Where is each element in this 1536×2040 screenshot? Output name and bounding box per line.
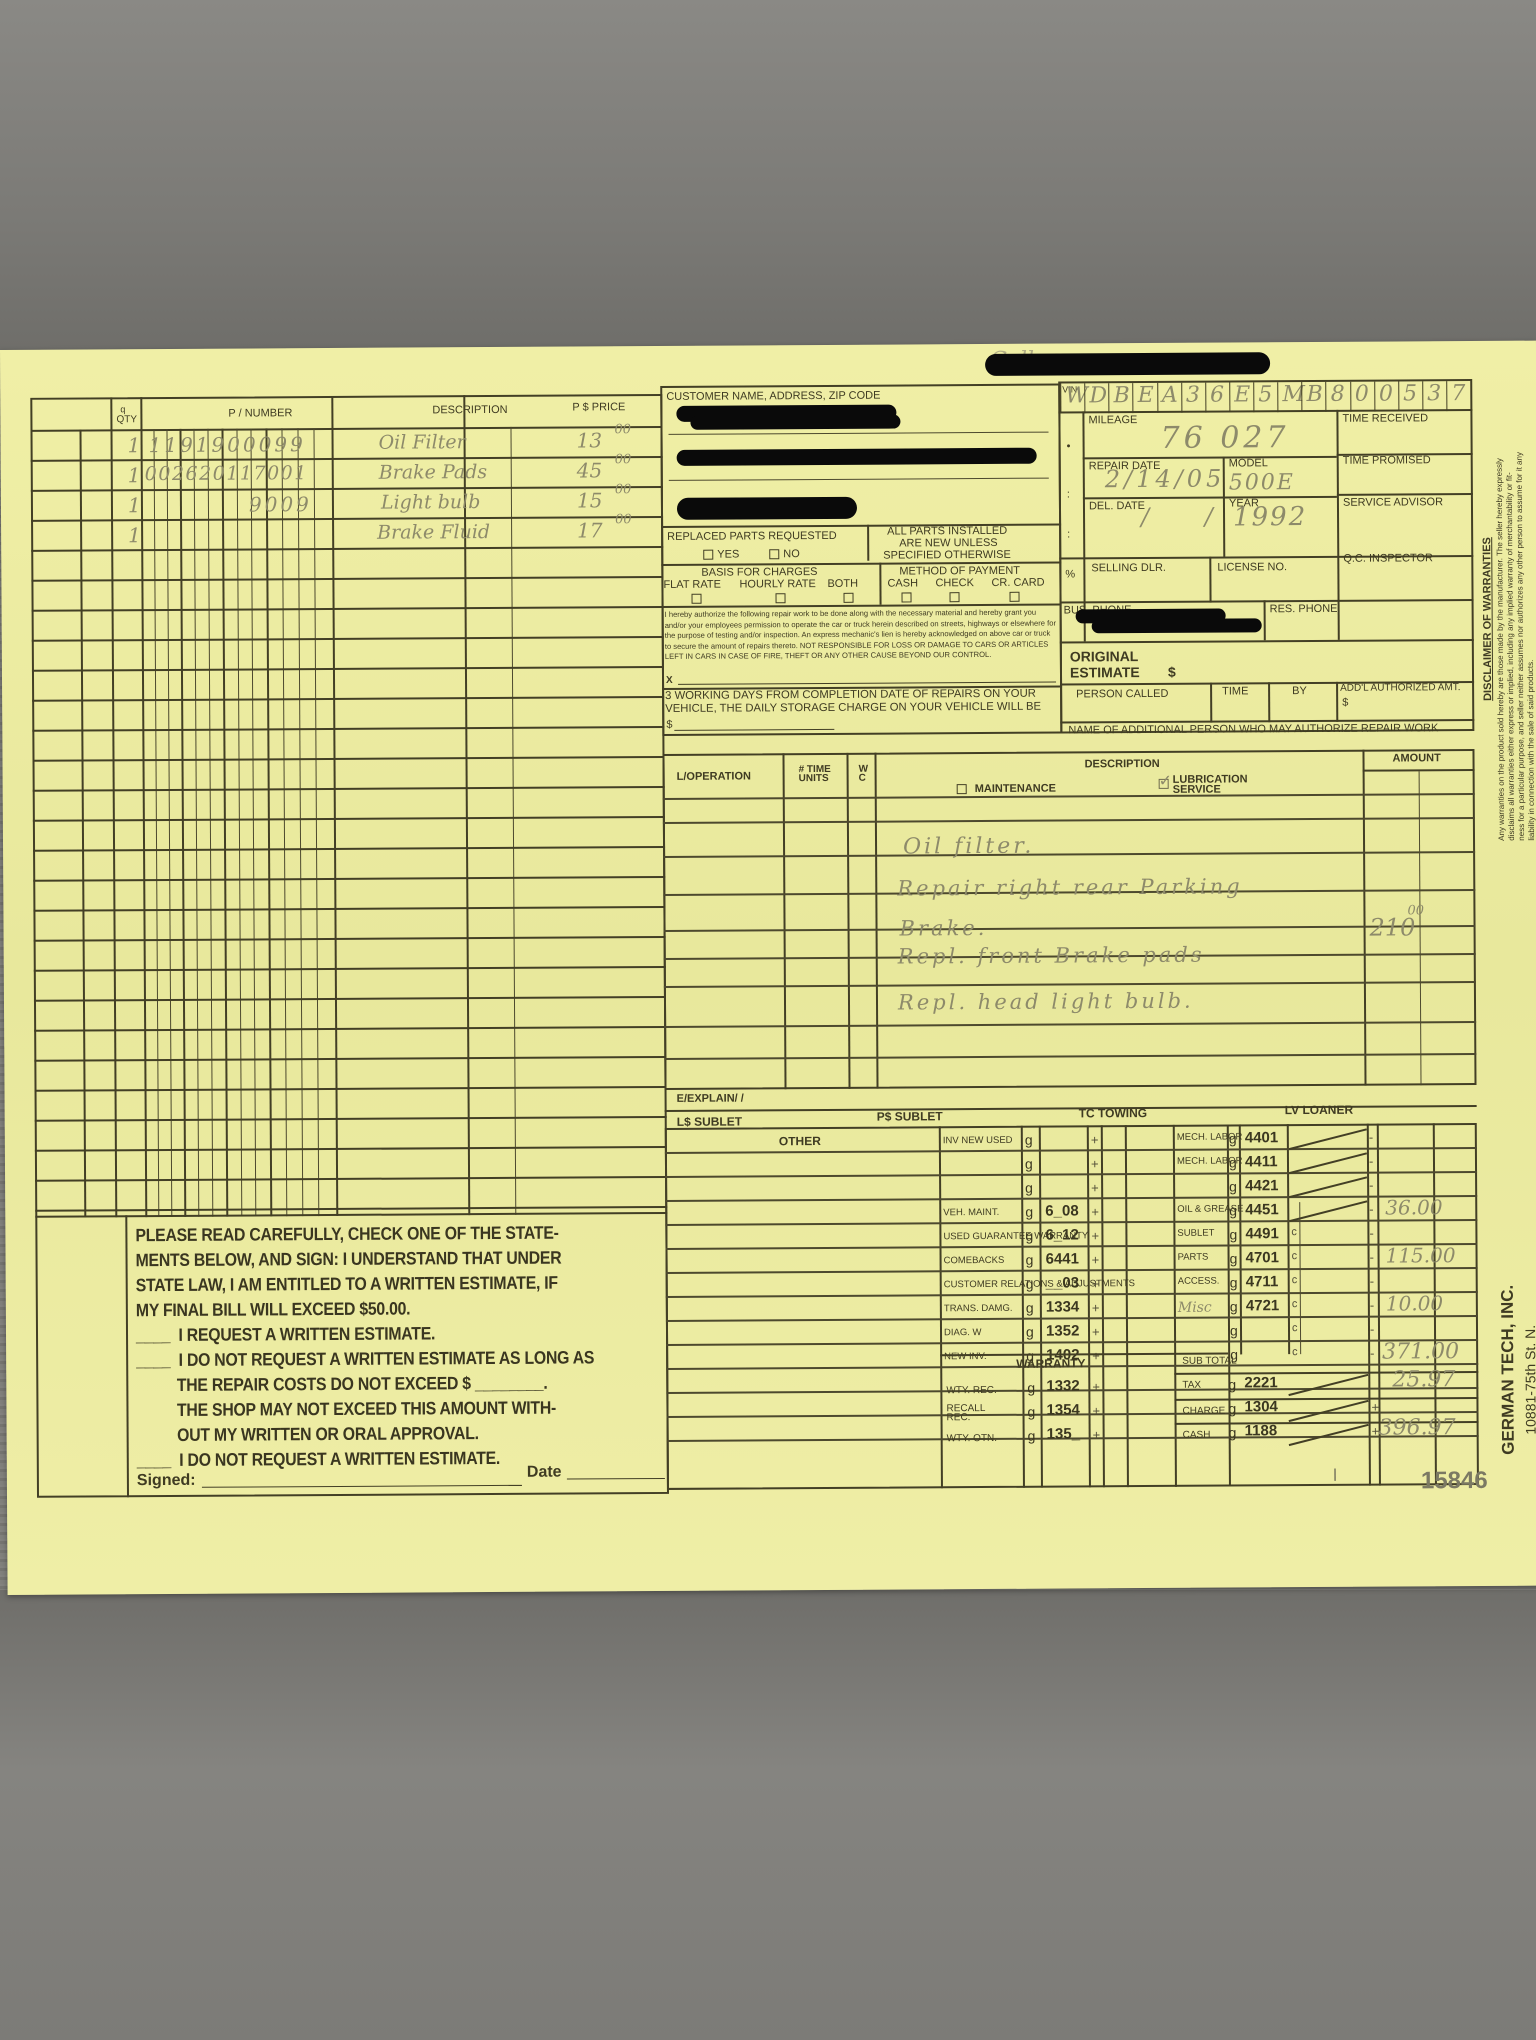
labor-line: Repl. front Brake pads (898, 943, 1205, 969)
vin-cell[interactable]: 3 (1181, 383, 1205, 413)
maintenance-label: MAINTENANCE (975, 784, 1056, 796)
lubrication-check-mark: ✓ (1159, 771, 1173, 791)
del-date-label: DEL. DATE (1089, 501, 1145, 513)
written-estimate-section: PLEASE READ CAREFULLY, CHECK ONE OF THE … (135, 1220, 603, 1473)
price-header: P $ PRICE (572, 402, 625, 414)
g-mark: g (1228, 1400, 1236, 1416)
person-called-label: PERSON CALLED (1076, 689, 1168, 701)
plus-mark: + (1091, 1132, 1099, 1147)
disclaimer-title: DISCLAIMER OF WARRANTIES (1481, 537, 1494, 701)
selling-dealer-label: SELLING DLR. (1091, 563, 1166, 575)
authorization-text: I hereby authorize the following repair … (665, 608, 1058, 663)
option-2-text: I DO NOT REQUEST A WRITTEN ESTIMATE AS L… (179, 1347, 595, 1370)
code-label: INV NEW USED (943, 1136, 1013, 1146)
authorization-sign-x: X (666, 676, 673, 687)
code-label: COMEBACKS (944, 1256, 1005, 1266)
subtotal-value: 371.00 (1382, 1339, 1459, 1364)
vin-char: 3 (1427, 381, 1441, 406)
year-value: 1992 (1233, 502, 1307, 532)
g-mark: g (1026, 1252, 1034, 1268)
recall-rec-code: 1354 (1046, 1401, 1079, 1418)
vin-cell[interactable]: W (1060, 383, 1084, 413)
code-value: 6_08 (1045, 1202, 1078, 1219)
divider (879, 563, 881, 605)
g-mark: g (1230, 1322, 1238, 1338)
divider (867, 525, 869, 561)
vin-cell[interactable]: D (1084, 383, 1108, 413)
g-mark: g (1230, 1298, 1238, 1314)
side-mark: : (1067, 529, 1070, 541)
qty-cell: 1 (128, 463, 141, 487)
flat-rate-checkbox[interactable] (692, 594, 702, 604)
vin-cell[interactable]: B (1301, 382, 1325, 412)
check-checkbox[interactable] (949, 592, 959, 602)
minus-mark: - (1370, 1346, 1374, 1361)
cents-cell: 00 (615, 452, 632, 467)
vin-char: E (1138, 383, 1154, 408)
divider (665, 1105, 1477, 1112)
time-received-label: TIME RECEIVED (1342, 413, 1428, 425)
qty-cell: 1 (128, 433, 141, 457)
plus-mark: + (1091, 1204, 1099, 1219)
c-mark: c (1292, 1322, 1298, 1334)
code-value: 4401 (1245, 1129, 1278, 1146)
minus-mark: - (1369, 1130, 1373, 1145)
g-mark: g (1229, 1178, 1237, 1194)
qty-cell: 1 (128, 523, 141, 547)
g-mark: g (1025, 1204, 1033, 1220)
wty-rec-code: 1332 (1046, 1377, 1079, 1394)
estimate-intro-line: MY FINAL BILL WILL EXCEED $50.00. (136, 1295, 603, 1323)
code-amount: 36.00 (1385, 1195, 1442, 1219)
hourly-rate-checkbox[interactable] (776, 593, 786, 603)
option-2-text: OUT MY WRITTEN OR ORAL APPROVAL. (137, 1420, 604, 1448)
c-mark: c (1292, 1298, 1298, 1310)
description-cell: Brake Pads (379, 461, 487, 484)
replaced-yes-label: YES (717, 549, 739, 561)
addl-authorized-dollar: $ (1342, 698, 1348, 710)
time-label: TIME (1222, 686, 1248, 698)
cents-cell: 00 (615, 512, 632, 527)
model-label: MODEL (1229, 458, 1268, 470)
code-value: 4451 (1245, 1201, 1278, 1218)
code-value: 1352 (1046, 1322, 1079, 1339)
subtotal-label: SUB TOTAL (1182, 1356, 1237, 1367)
cash-code: 1188 (1245, 1422, 1278, 1439)
code-value: 6_12 (1045, 1226, 1078, 1243)
storage-dollar: $ (666, 720, 672, 732)
price-cell: 45 (577, 458, 603, 482)
additional-person-label: NAME OF ADDITIONAL PERSON WHO MAY AUTHOR… (1068, 723, 1438, 737)
option-3-blank[interactable]: ____ (137, 1450, 175, 1470)
minus-mark: - (1369, 1154, 1373, 1169)
g-mark: g (1230, 1250, 1238, 1266)
plus-mark: + (1091, 1180, 1099, 1195)
g-mark: g (1026, 1300, 1034, 1316)
code-value: __03 (1046, 1274, 1079, 1291)
service-advisor-label: SERVICE ADVISOR (1343, 497, 1443, 509)
minus-mark: - (1369, 1178, 1373, 1193)
ps-sublet-label: P$ SUBLET (877, 1110, 943, 1123)
redaction-customer-name-2 (690, 415, 900, 430)
wty-otn-code: 135_ (1047, 1425, 1080, 1442)
labor-description-header: DESCRIPTION (1085, 759, 1160, 771)
g-mark: g (1228, 1376, 1236, 1392)
disclaimer-line: liability in connection with the sale of… (1524, 421, 1536, 841)
description-cell: Light bulb (381, 491, 481, 514)
g-mark: g (1229, 1226, 1237, 1242)
g-mark: g (1025, 1132, 1033, 1148)
cash-total-label: CASH (1183, 1431, 1211, 1442)
tc-towing-label: TC TOWING (1079, 1107, 1148, 1120)
replaced-yes-checkbox[interactable] (703, 550, 713, 560)
p-number-cell: 002620117001 (145, 462, 308, 485)
cents-cell: 00 (614, 422, 631, 437)
vin-char: 3 (1186, 383, 1200, 408)
option-2-blank[interactable]: ____ (136, 1350, 174, 1370)
code-value: 4721 (1246, 1297, 1279, 1314)
vin-cell[interactable]: 7 (1446, 381, 1470, 411)
code-label: SUBLET (1177, 1229, 1214, 1239)
original-estimate-label: ORIGINAL (1070, 649, 1139, 664)
vin-char: 5 (1258, 382, 1272, 407)
amount-header: AMOUNT (1392, 753, 1440, 765)
qty-header: QTY (116, 415, 137, 426)
cash-total-value: 396.97 (1379, 1415, 1456, 1440)
plus-mark: + (1092, 1276, 1100, 1291)
divider (1210, 683, 1212, 723)
code-value: 6441 (1046, 1250, 1079, 1267)
code-label: CUSTOMER RELATIONS & ADJUSTMENTS (944, 1279, 1135, 1290)
time-units-header: # TIME UNITS (799, 765, 839, 783)
replaced-no-checkbox[interactable] (769, 549, 779, 559)
code-value: 4491 (1245, 1225, 1278, 1242)
description-cell: Brake Fluid (377, 521, 490, 544)
plus-mark: + (1091, 1156, 1099, 1171)
redaction-customer-zip (677, 497, 857, 520)
plus-mark: + (1093, 1427, 1101, 1442)
other-label: OTHER (779, 1135, 821, 1148)
minus-mark: - (1370, 1274, 1374, 1289)
tax-value: 25.97 (1392, 1367, 1455, 1392)
g-mark: g (1027, 1380, 1035, 1396)
minus-mark: - (1370, 1322, 1374, 1337)
option-1-blank[interactable]: ____ (136, 1325, 174, 1345)
labor-line: Repl. head light bulb. (898, 989, 1194, 1015)
both-checkbox[interactable] (843, 593, 853, 603)
wc-header: W C (859, 765, 867, 783)
qty-cell: 1 (128, 493, 141, 517)
form-number: 15846 (1421, 1467, 1488, 1495)
option-3-text: I DO NOT REQUEST A WRITTEN ESTIMATE. (179, 1448, 500, 1470)
code-value: 4711 (1246, 1273, 1279, 1290)
code-value: 1334 (1046, 1298, 1079, 1315)
vin-char: 5 (1403, 381, 1417, 406)
c-mark: c (1292, 1274, 1298, 1286)
customer-label: CUSTOMER NAME, ADDRESS, ZIP CODE (666, 391, 880, 404)
tax-label: TAX (1182, 1381, 1201, 1392)
side-mark: % (1065, 569, 1075, 581)
vin-char: 0 (1355, 382, 1369, 407)
minus-mark: - (1370, 1298, 1374, 1313)
original-estimate-label: ESTIMATE (1070, 665, 1140, 680)
wty-rec-label: WTY. REC. (946, 1386, 996, 1397)
l-operation-header: L/OPERATION (677, 771, 751, 783)
c-mark: c (1291, 1226, 1297, 1238)
company-name: GERMAN TECH, INC. (1498, 1285, 1519, 1455)
vin-cell[interactable]: 5 (1253, 382, 1277, 412)
g-mark: g (1229, 1202, 1237, 1218)
g-mark: g (1229, 1130, 1237, 1146)
divider (1268, 682, 1270, 722)
code-amount: 115.00 (1385, 1243, 1455, 1267)
option-2-text: THE SHOP MAY NOT EXCEED THIS AMOUNT WITH… (136, 1395, 603, 1423)
replaced-parts-label: REPLACED PARTS REQUESTED (667, 531, 837, 544)
vin-char: 0 (1379, 381, 1393, 406)
res-phone-label: RES. PHONE (1270, 604, 1338, 616)
code-label: PARTS (1178, 1253, 1209, 1263)
mileage-label: MILEAGE (1088, 415, 1137, 427)
time-promised-label: TIME PROMISED (1343, 455, 1431, 467)
plus-mark: + (1092, 1403, 1100, 1418)
labor-line: Repair right rear Parking (897, 874, 1242, 900)
option-1-text: I REQUEST A WRITTEN ESTIMATE. (178, 1323, 435, 1345)
g-mark: g (1025, 1156, 1033, 1172)
side-mark: : (1067, 489, 1070, 501)
vin-cell[interactable]: E (1133, 383, 1157, 413)
recall-rec-label: RECALL REC. (946, 1404, 1006, 1422)
price-cell: 13 (576, 428, 602, 452)
code-label: ACCESS. (1178, 1277, 1220, 1287)
vin-cell[interactable]: M (1277, 382, 1301, 412)
side-mark: • (1067, 441, 1071, 453)
addl-authorized-label: ADD'L AUTHORIZED AMT. (1340, 683, 1461, 694)
qc-inspector-label: Q.C. INSPECTOR (1343, 553, 1433, 565)
plus-mark: + (1091, 1228, 1099, 1243)
price-cell: 17 (577, 518, 603, 542)
by-label: BY (1292, 686, 1307, 698)
g-mark: g (1028, 1428, 1036, 1444)
c-mark: c (1292, 1250, 1298, 1262)
ls-sublet-label: L$ SUBLET (677, 1115, 742, 1128)
form-number-prefix: ǀ (1333, 1466, 1338, 1486)
code-label: TRANS. DAMG. (944, 1304, 1013, 1314)
price-cell: 15 (577, 488, 603, 512)
estimate-intro-line: STATE LAW, I AM ENTITLED TO A WRITTEN ES… (136, 1270, 603, 1298)
wty-otn-label: WTY. OTN. (947, 1434, 997, 1445)
lubrication-label: LUBRICATION SERVICE (1173, 774, 1263, 795)
plus-mark: + (1092, 1348, 1100, 1363)
both-label: BOTH (827, 579, 858, 591)
plus-mark: + (1092, 1300, 1100, 1315)
labor-line: Oil filter. (903, 834, 1034, 860)
plus-mark: + (1092, 1324, 1100, 1339)
g-mark: g (1025, 1180, 1033, 1196)
vin-char: A (1162, 383, 1178, 408)
mileage-value: 76 027 (1160, 420, 1289, 456)
option-2-text: THE REPAIR COSTS DO NOT EXCEED $ _______… (136, 1370, 603, 1398)
g-mark: g (1027, 1404, 1035, 1420)
check-label: CHECK (935, 578, 974, 590)
g-mark: g (1229, 1154, 1237, 1170)
vin-cell[interactable]: 6 (1205, 382, 1229, 412)
vin-char: 7 (1451, 381, 1465, 406)
date-label: Date (527, 1465, 562, 1482)
code-label: Misc (1178, 1301, 1212, 1316)
labor-amount-cents: 00 (1407, 903, 1424, 918)
credit-card-checkbox[interactable] (1009, 592, 1019, 602)
p-number-cell: 9009 (249, 492, 312, 516)
original-estimate-dollar: $ (1168, 665, 1176, 680)
estimate-intro-line: MENTS BELOW, AND SIGN: I UNDERSTAND THAT… (135, 1245, 602, 1273)
wood-table-background-bottom (0, 1590, 1536, 2040)
redaction-top (985, 352, 1270, 376)
lv-loaner-label: LV LOANER (1285, 1104, 1354, 1117)
redaction-bus-phone-2 (1092, 618, 1262, 633)
vin-cell[interactable]: 3 (1422, 381, 1446, 411)
labor-line: Brake. (899, 916, 987, 941)
estimate-intro-line: PLEASE READ CAREFULLY, CHECK ONE OF THE … (135, 1220, 602, 1248)
vin-char: 6 (1210, 383, 1224, 408)
vin-cell[interactable]: 5 (1398, 381, 1422, 411)
code-label: DIAG. W (944, 1328, 982, 1338)
minus-mark: - (1369, 1202, 1373, 1217)
estimate-option-1[interactable]: ____ I REQUEST A WRITTEN ESTIMATE. (136, 1320, 603, 1348)
cash-checkbox[interactable] (901, 592, 911, 602)
hourly-rate-label: HOURLY RATE (739, 579, 815, 591)
tax-code: 2221 (1244, 1374, 1277, 1391)
p-number-cell: 1191900099 (149, 432, 306, 457)
code-value: 4421 (1245, 1177, 1278, 1194)
divider (1209, 557, 1211, 603)
vin-char: B (1113, 383, 1129, 408)
cash-label: CASH (887, 578, 918, 590)
storage-notice: 3 WORKING DAYS FROM COMPLETION DATE OF R… (665, 688, 1060, 716)
company-address: 10881-75th St. N. (1522, 1325, 1536, 1435)
maintenance-checkbox[interactable] (957, 784, 967, 794)
code-label: VEH. MAINT. (943, 1208, 999, 1218)
flat-rate-label: FLAT RATE (663, 580, 721, 592)
credit-card-label: CR. CARD (991, 578, 1044, 590)
vin-char: D (1089, 383, 1107, 408)
estimate-option-2[interactable]: ____ I DO NOT REQUEST A WRITTEN ESTIMATE… (136, 1345, 603, 1373)
minus-mark: - (1369, 1226, 1373, 1241)
replaced-no-label: NO (783, 549, 800, 561)
g-mark: g (1025, 1228, 1033, 1244)
vin-char: E (1234, 382, 1250, 407)
g-mark: g (1026, 1324, 1034, 1340)
model-value: 500E (1229, 470, 1295, 495)
charge-code: 1304 (1244, 1398, 1277, 1415)
code-value: 4701 (1246, 1249, 1279, 1266)
code-value: 4411 (1245, 1153, 1278, 1170)
vin-cell[interactable]: E (1229, 382, 1253, 412)
description-cell: Oil Filter (379, 431, 466, 454)
redaction-customer-address (677, 448, 1037, 466)
divider (1336, 682, 1338, 722)
g-mark: g (1026, 1276, 1034, 1292)
repair-order-form: Call q QTY P / NUMBER DESCRIPTION P $ PR… (0, 341, 1536, 1595)
plus-mark: + (1092, 1379, 1100, 1394)
c-mark: c (1292, 1346, 1298, 1358)
minus-mark: - (1370, 1250, 1374, 1265)
vin-cell[interactable]: A (1157, 383, 1181, 413)
signed-label: Signed: (137, 1473, 196, 1490)
charge-label: CHARGE (1182, 1407, 1225, 1418)
explain-label: E/EXPLAIN/ / (677, 1093, 744, 1105)
vin-cell[interactable]: 0 (1350, 382, 1374, 412)
cents-cell: 00 (615, 482, 632, 497)
code-amount: 10.00 (1386, 1291, 1443, 1315)
disclaimer-body: Any warranties on the product sold hereb… (1494, 421, 1536, 841)
repair-date-value: 2/14/05 (1105, 465, 1226, 494)
wood-table-background-top (0, 0, 1536, 360)
divider (1264, 600, 1266, 640)
del-date-value: / / (1141, 502, 1237, 531)
plus-mark: + (1371, 1400, 1379, 1415)
description-header: DESCRIPTION (432, 405, 507, 417)
vin-char: 8 (1331, 382, 1345, 407)
vin-cell[interactable]: B (1108, 383, 1132, 413)
g-mark: g (1229, 1424, 1237, 1440)
parts-notice-line: SPECIFIED OTHERWISE (883, 550, 1011, 562)
p-number-header: P / NUMBER (228, 408, 292, 420)
plus-mark: + (1092, 1252, 1100, 1267)
vin-cell[interactable]: 0 (1374, 381, 1398, 411)
vin-cell[interactable]: 8 (1326, 382, 1350, 412)
vin-char: B (1306, 382, 1322, 407)
warranty-label: WARRANTY (1016, 1357, 1085, 1370)
g-mark: g (1230, 1274, 1238, 1290)
license-label: LICENSE NO. (1217, 562, 1287, 574)
